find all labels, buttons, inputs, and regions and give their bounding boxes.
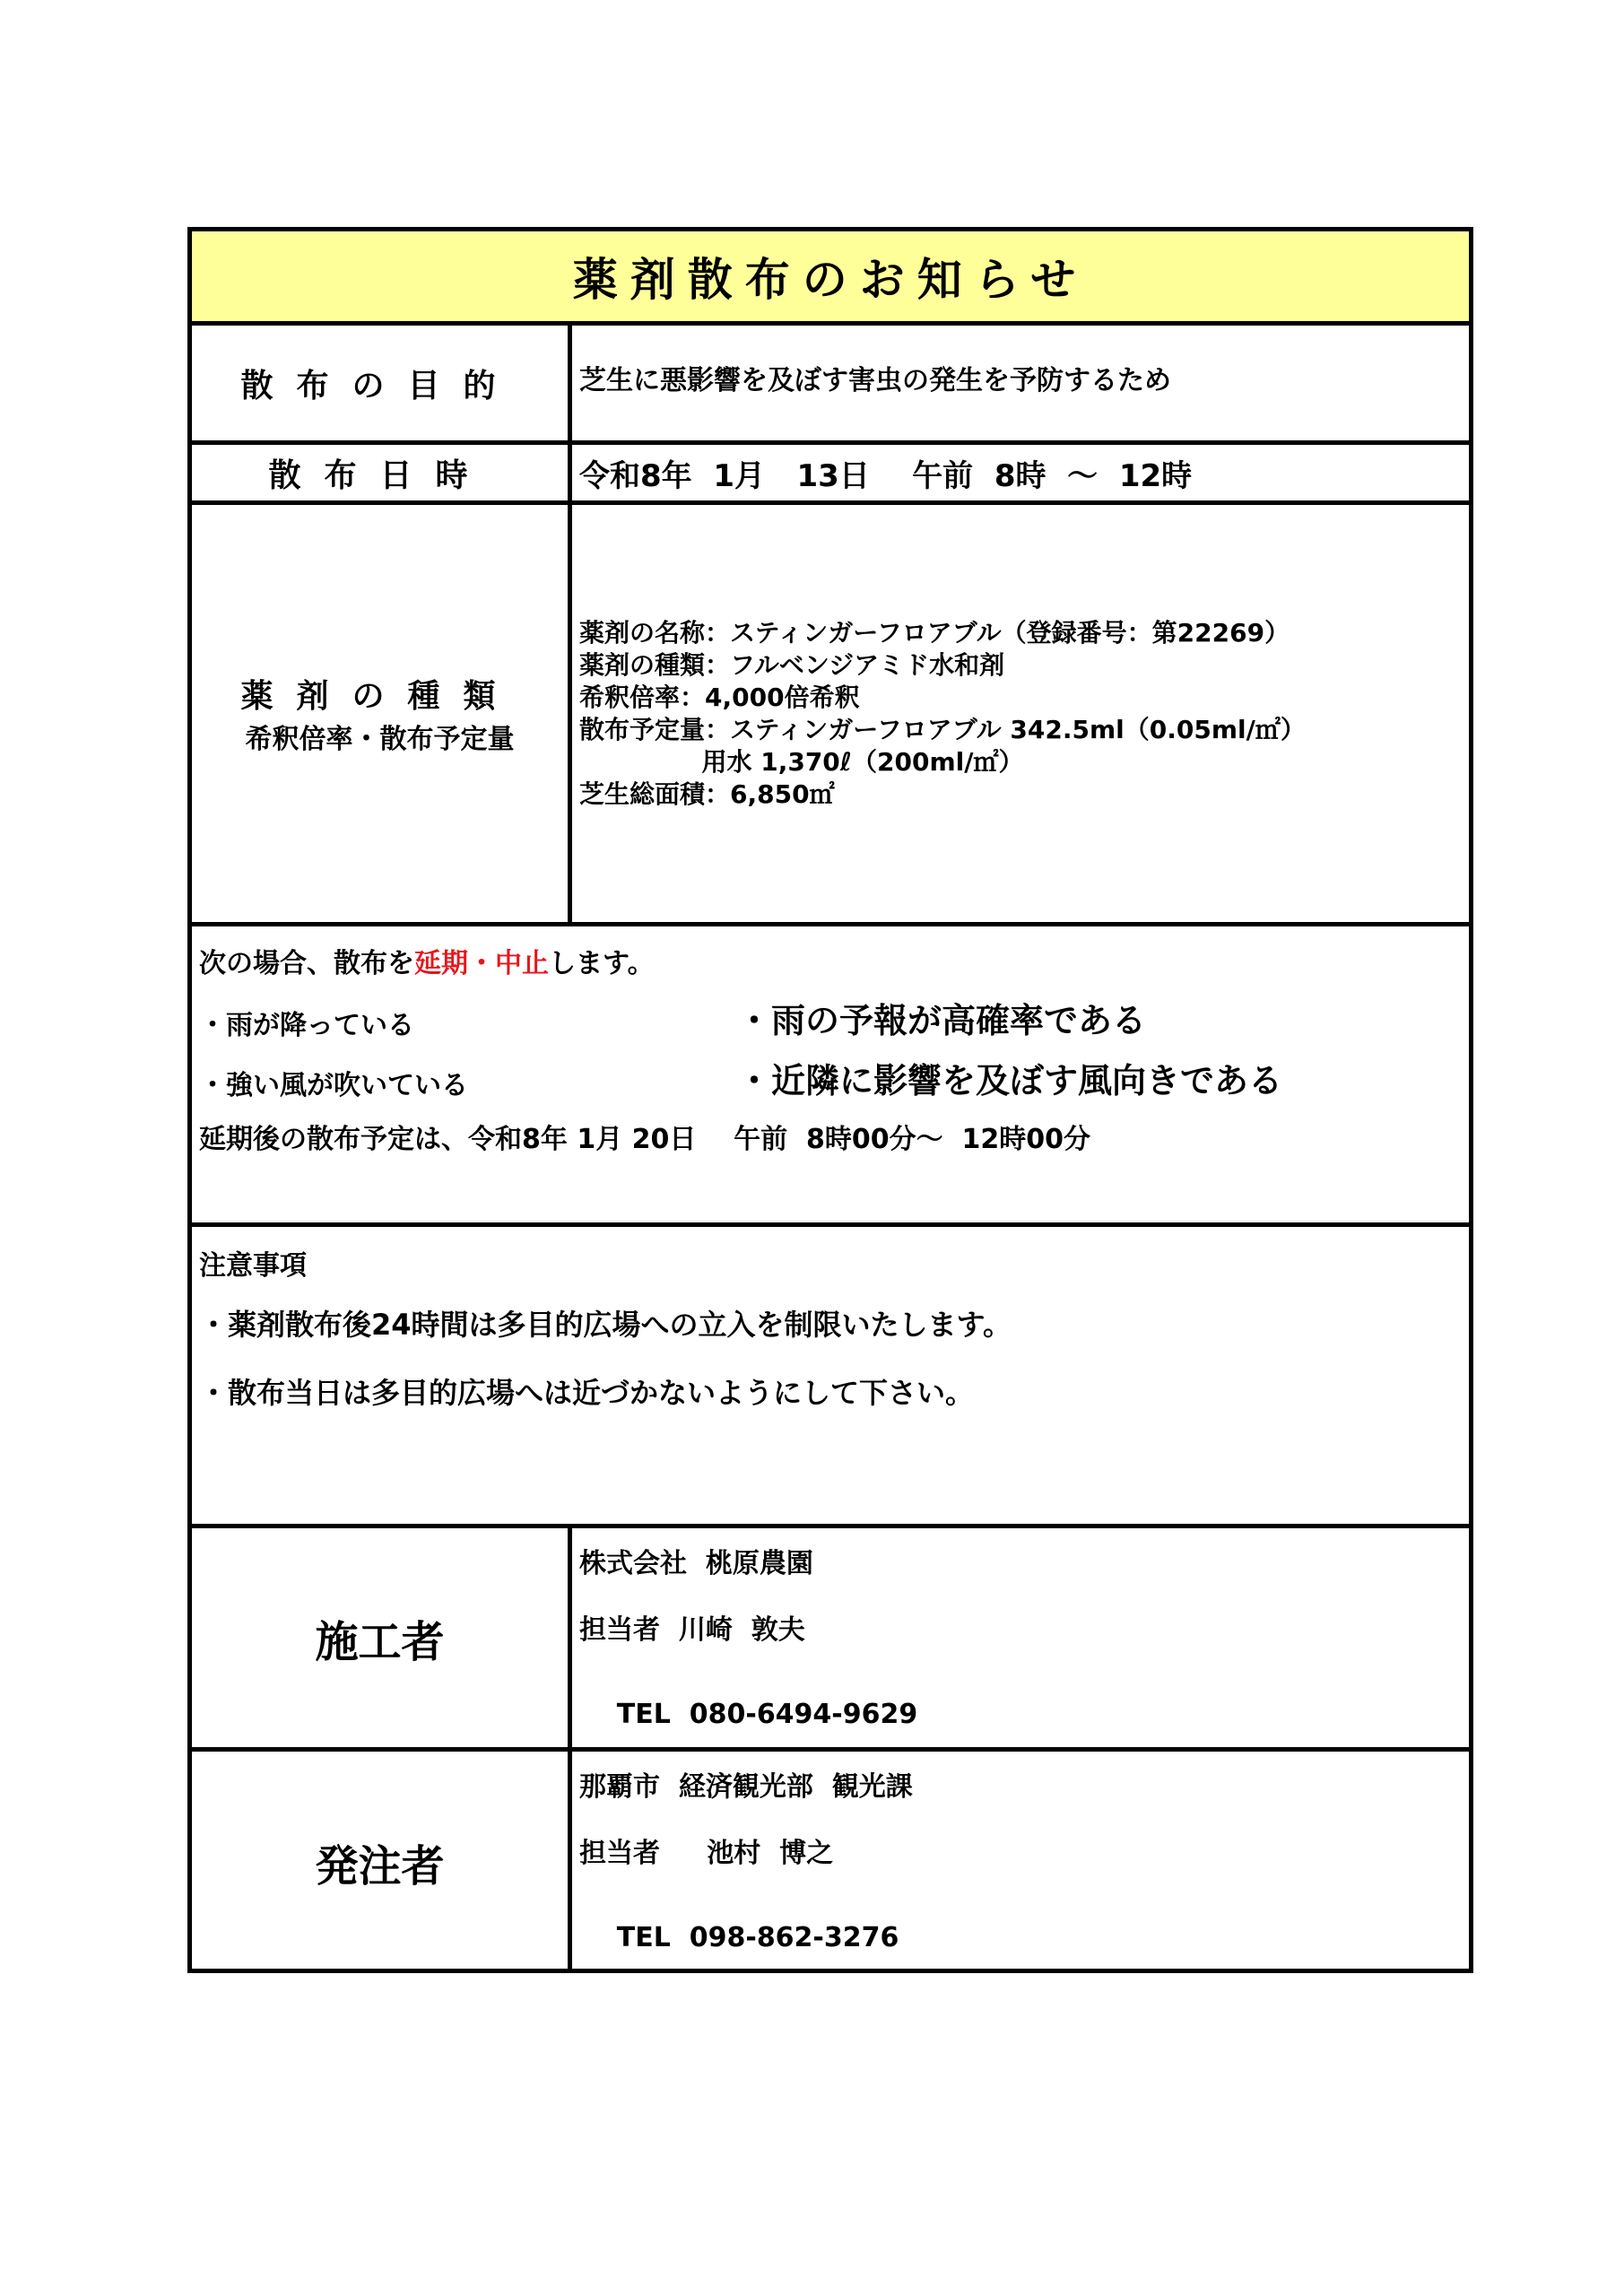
turf-area: 芝生総面積：6,850㎡ xyxy=(579,778,1462,811)
postpone-intro: 次の場合、散布を延期・中止します。 xyxy=(199,941,1462,980)
dilution-ratio: 希釈倍率：4,000倍希釈 xyxy=(579,682,1462,714)
notes-item: ・薬剤散布後24時間は多目的広場への立入を制限いたします。 xyxy=(199,1302,1462,1344)
notes-row: 注意事項 ・薬剤散布後24時間は多目的広場への立入を制限いたします。 ・散布当日… xyxy=(192,1227,1469,1528)
client-row: 発注者 那覇市 経済観光部 観光課 担当者 池村 博之 TEL 098-862-… xyxy=(192,1752,1469,1973)
chemical-details: 薬剤の名称：スティンガーフロアブル（登録番号：第22269） 薬剤の種類：フルベ… xyxy=(579,505,1462,922)
client-tel: TEL 098-862-3276 xyxy=(579,1922,1462,1953)
planned-amount: 散布予定量：スティンガーフロアブル 342.5ml（0.05ml/㎡） xyxy=(579,714,1462,746)
postpone-row: 次の場合、散布を延期・中止します。 ・雨が降っている ・雨の予報が高確率である … xyxy=(192,926,1469,1227)
condition-rain-forecast: ・雨の予報が高確率である xyxy=(737,993,1462,1042)
notes-heading: 注意事項 xyxy=(199,1243,1462,1283)
title-row: 薬剤散布のお知らせ xyxy=(192,231,1469,326)
chemical-name: 薬剤の名称：スティンガーフロアブル（登録番号：第22269） xyxy=(579,617,1462,649)
chemical-type: 薬剤の種類：フルベンジアミド水和剤 xyxy=(579,649,1462,682)
page-title: 薬剤散布のお知らせ xyxy=(573,244,1089,309)
notice-table: 薬剤散布のお知らせ 散布の目的 芝生に悪影響を及ぼす害虫の発生を予防するため 散… xyxy=(187,227,1473,1973)
purpose-label: 散布の目的 xyxy=(192,326,572,440)
datetime-value: 令和8年 1月 13日 午前 8時 ～ 12時 xyxy=(579,445,1462,500)
contractor-tel: TEL 080-6494-9629 xyxy=(579,1699,1462,1730)
chemical-label-sub: 希釈倍率・散布予定量 xyxy=(246,717,515,756)
datetime-label: 散布日時 xyxy=(192,445,572,500)
client-label: 発注者 xyxy=(192,1752,572,1973)
purpose-value: 芝生に悪影響を及ぼす害虫の発生を予防するため xyxy=(579,326,1462,440)
client-details: 那覇市 経済観光部 観光課 担当者 池村 博之 TEL 098-862-3276 xyxy=(579,1752,1462,1973)
contractor-label: 施工者 xyxy=(192,1528,572,1747)
condition-rain: ・雨が降っている xyxy=(199,1003,737,1042)
condition-wind: ・強い風が吹いている xyxy=(199,1063,737,1102)
contractor-details: 株式会社 桃原農園 担当者 川崎 敦夫 TEL 080-6494-9629 xyxy=(579,1528,1462,1747)
chemical-row: 薬剤の種類 希釈倍率・散布予定量 薬剤の名称：スティンガーフロアブル（登録番号：… xyxy=(192,505,1469,926)
datetime-row: 散布日時 令和8年 1月 13日 午前 8時 ～ 12時 xyxy=(192,445,1469,505)
chemical-label: 薬剤の種類 希釈倍率・散布予定量 xyxy=(192,505,572,922)
contractor-row: 施工者 株式会社 桃原農園 担当者 川崎 敦夫 TEL 080-6494-962… xyxy=(192,1528,1469,1752)
contractor-person: 担当者 川崎 敦夫 xyxy=(579,1607,1462,1647)
notes-item: ・散布当日は多目的広場へは近づかないようにして下さい。 xyxy=(199,1370,1462,1412)
condition-wind-direction: ・近隣に影響を及ぼす風向きである xyxy=(737,1053,1462,1102)
contractor-company: 株式会社 桃原農園 xyxy=(579,1541,1462,1580)
client-company: 那覇市 経済観光部 観光課 xyxy=(579,1764,1462,1804)
client-person: 担当者 池村 博之 xyxy=(579,1831,1462,1870)
reschedule-text: 延期後の散布予定は、令和8年 1月 20日 午前 8時00分～ 12時00分 xyxy=(199,1117,1462,1156)
water-amount: 用水 1,370ℓ（200ml/㎡） xyxy=(579,746,1462,778)
purpose-row: 散布の目的 芝生に悪影響を及ぼす害虫の発生を予防するため xyxy=(192,326,1469,445)
postpone-highlight: 延期・中止 xyxy=(414,948,549,979)
chemical-label-main: 薬剤の種類 xyxy=(240,671,518,717)
